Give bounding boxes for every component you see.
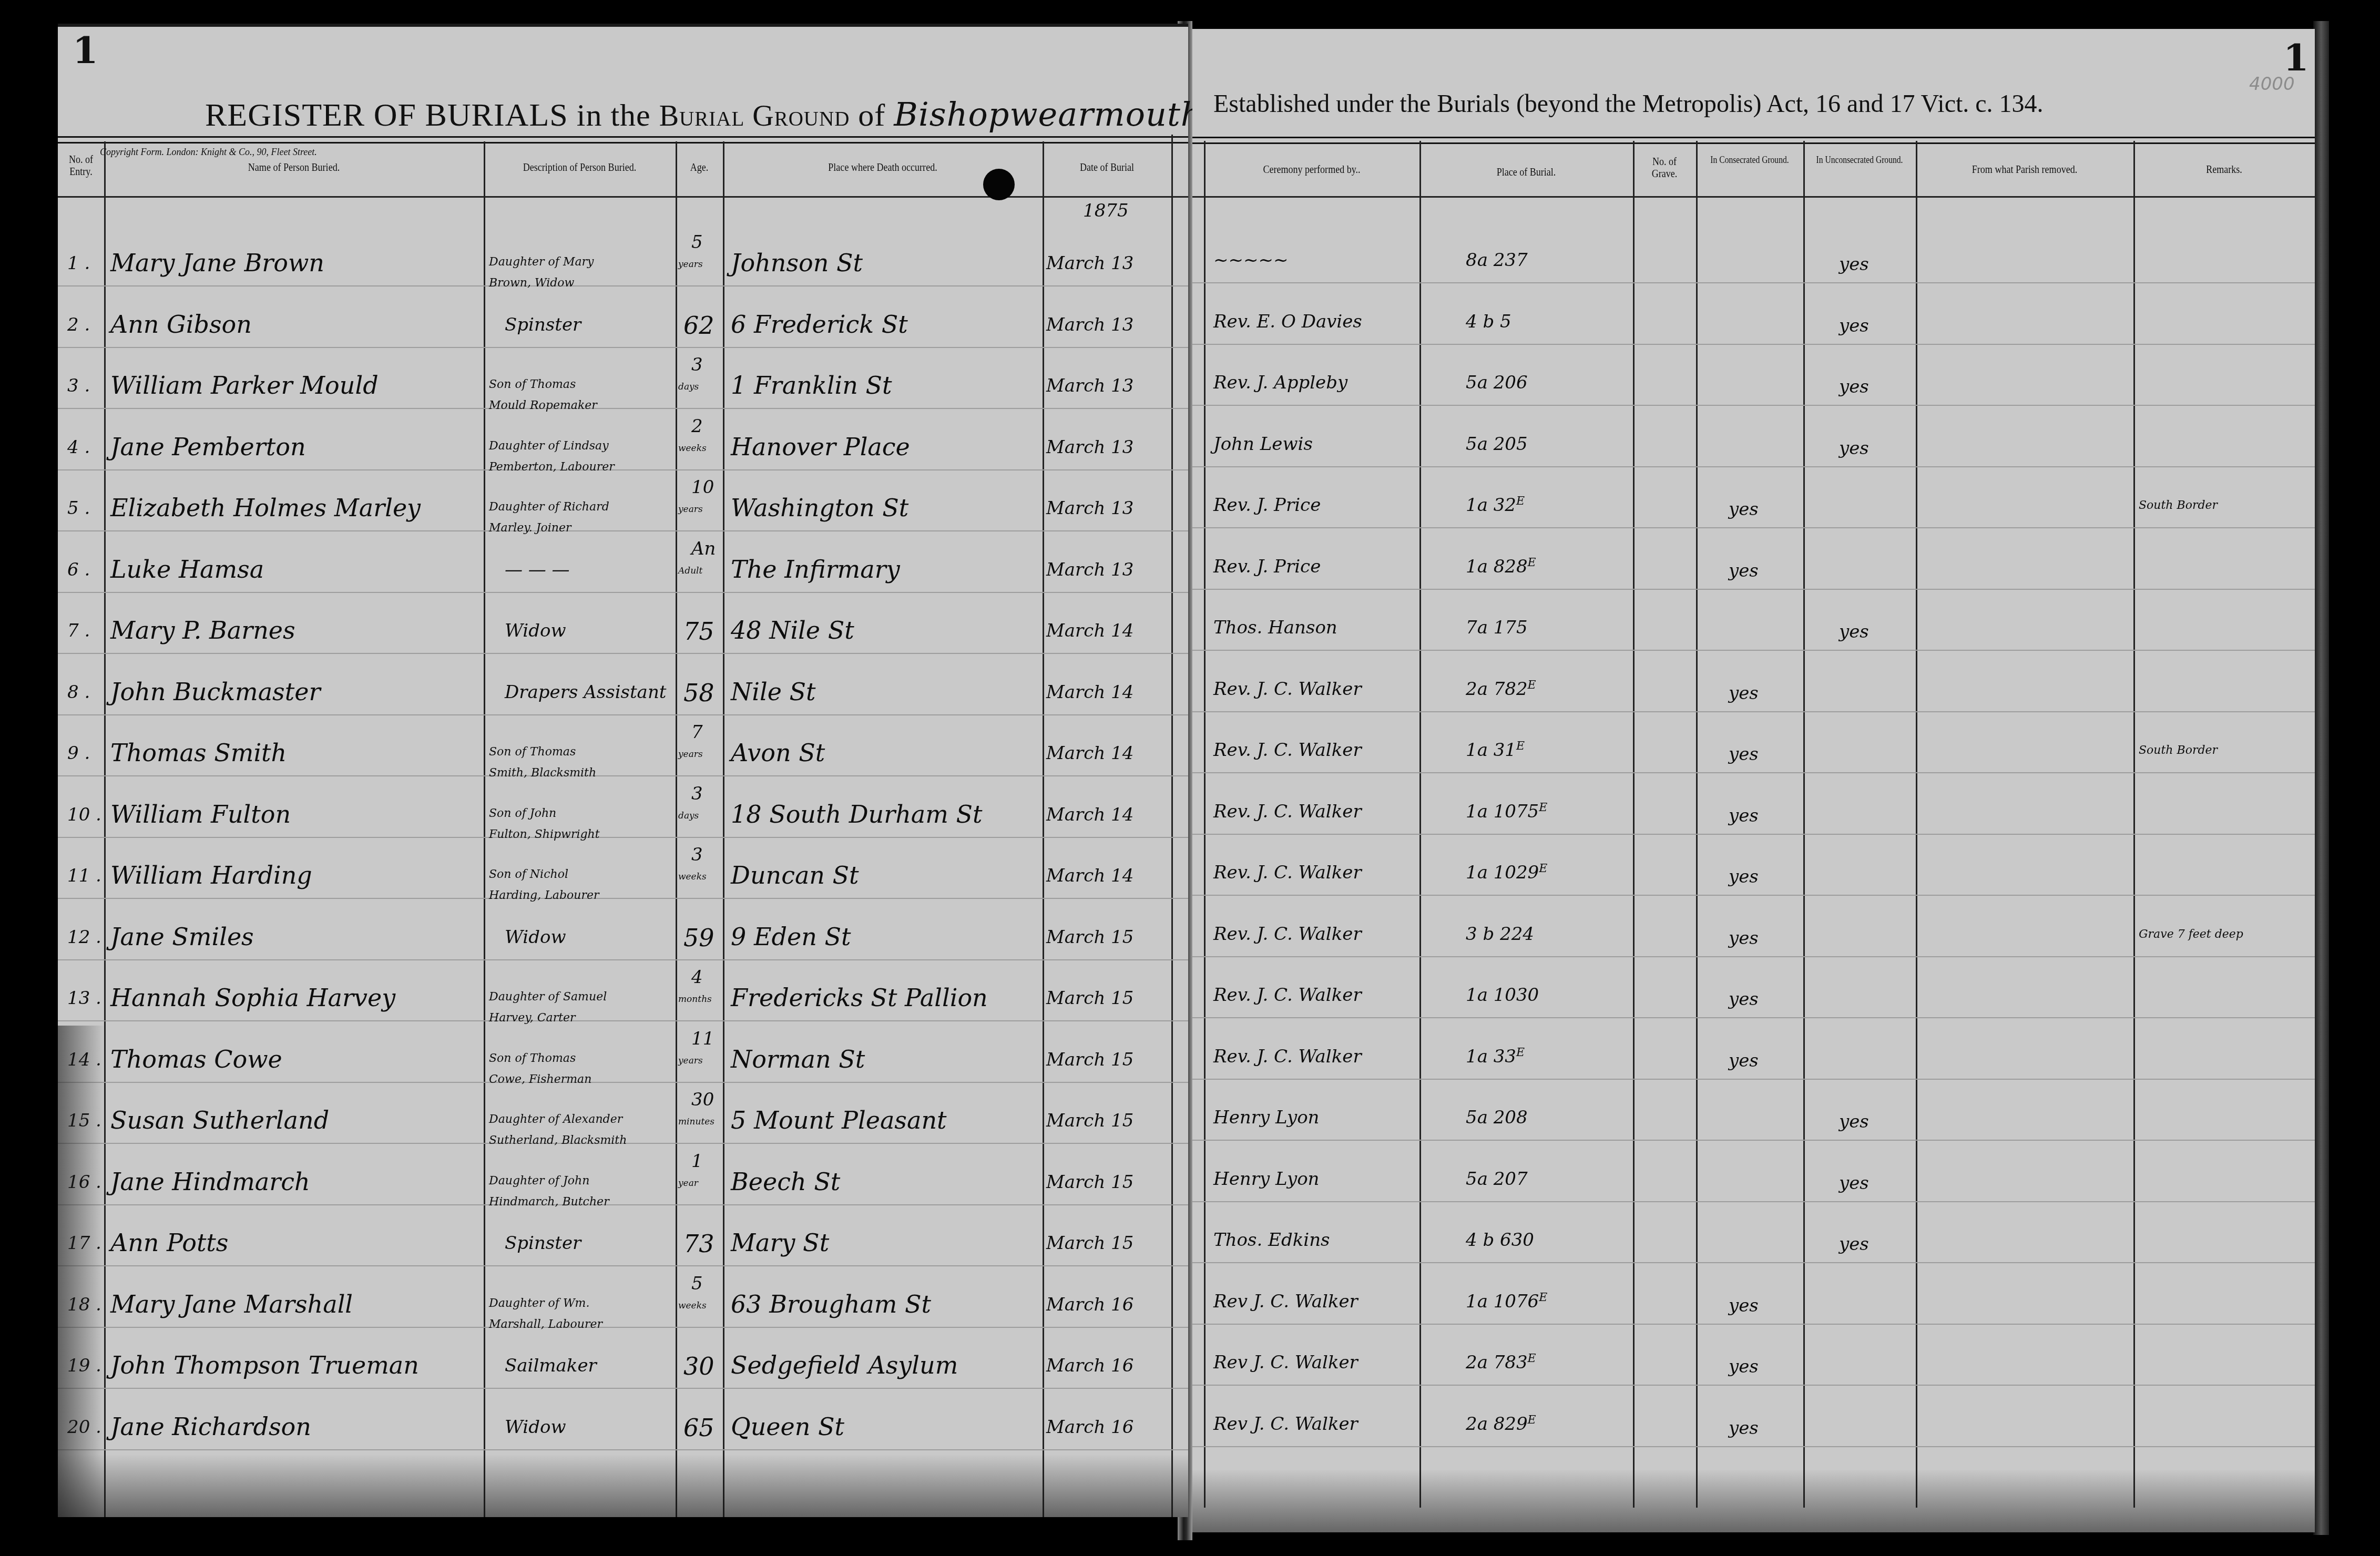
- age-number: 5: [691, 1273, 703, 1294]
- description-line-2: Cowe, Fisherman: [489, 1073, 591, 1086]
- ruled-line: [1192, 344, 2315, 345]
- place-of-burial: 4 b 5: [1466, 311, 1511, 332]
- age-unit: days: [678, 811, 699, 821]
- person-name: Thomas Cowe: [110, 1045, 282, 1073]
- column-divider: [1696, 141, 1698, 1508]
- unconsecrated-ground: yes: [1839, 315, 1869, 336]
- burial-date: March 16: [1046, 1294, 1133, 1315]
- ruled-line: [58, 1449, 1188, 1450]
- unconsecrated-ground: yes: [1839, 1173, 1869, 1194]
- plot-section-marker: E: [1539, 801, 1547, 814]
- burial-date: March 13: [1046, 253, 1133, 274]
- person-name: Jane Richardson: [110, 1412, 311, 1441]
- ceremony-performed-by: Rev J. C. Walker: [1213, 1291, 1358, 1312]
- title-register: REGISTER OF BURIALS: [205, 97, 568, 133]
- description-line-1: Son of Thomas: [489, 1052, 576, 1065]
- place-of-death: Beech St: [731, 1168, 840, 1196]
- ceremony-performed-by: Rev. J. C. Walker: [1213, 924, 1362, 945]
- column-divider: [676, 141, 677, 1517]
- place-of-burial: 1a 1075E: [1466, 801, 1547, 822]
- place-of-burial: 1a 1076E: [1466, 1291, 1547, 1312]
- consecrated-ground: yes: [1729, 928, 1759, 949]
- remarks: South Border: [2139, 744, 2218, 757]
- ruled-line: [1192, 1324, 2315, 1325]
- title-in-the: in the: [577, 98, 651, 132]
- plot-section-marker: E: [1528, 679, 1536, 692]
- unconsecrated-ground: yes: [1839, 1111, 1869, 1132]
- header-ceremony: Ceremony performed by..: [1223, 163, 1400, 175]
- burial-plot: 4 b 630: [1466, 1230, 1534, 1251]
- header-top-rule: [1192, 137, 2315, 144]
- description-line-1: Son of John: [489, 807, 556, 820]
- plot-section-marker: E: [1539, 1291, 1547, 1304]
- ruled-line: [58, 714, 1188, 715]
- plot-section-marker: E: [1516, 740, 1525, 753]
- consecrated-ground: yes: [1729, 989, 1759, 1010]
- place-of-burial: 2a 782E: [1466, 679, 1536, 700]
- remarks: South Border: [2139, 499, 2218, 512]
- person-name: Mary P. Barnes: [110, 616, 295, 644]
- description-line-2: Sutherland, Blacksmith: [489, 1134, 627, 1147]
- description-line-1: Daughter of Lindsay: [489, 439, 609, 453]
- ruled-line: [1192, 956, 2315, 957]
- entry-number: 12 .: [67, 927, 101, 948]
- place-of-death: Avon St: [731, 739, 825, 767]
- entry-number: 8 .: [67, 682, 90, 703]
- plot-section-marker: E: [1528, 1352, 1536, 1365]
- burial-date: March 15: [1046, 1110, 1133, 1131]
- place-of-burial: 1a 31E: [1466, 740, 1525, 761]
- place-of-death: 1 Franklin St: [731, 371, 892, 400]
- description-line-2: Mould Ropemaker: [489, 399, 597, 412]
- description-line-2: Hindmarch, Butcher: [489, 1195, 609, 1209]
- place-of-death: Nile St: [731, 678, 816, 706]
- age-number: 5: [691, 232, 703, 253]
- place-of-burial: 3 b 224: [1466, 924, 1534, 945]
- age-number: 4: [691, 967, 703, 988]
- burial-plot: 1a 31: [1466, 740, 1516, 761]
- ruled-line: [58, 837, 1188, 838]
- ruled-line: [58, 959, 1188, 960]
- person-name: John Thompson Trueman: [110, 1351, 419, 1379]
- consecrated-ground: yes: [1729, 1418, 1759, 1439]
- header-bottom-rule: [1192, 196, 2315, 198]
- description: Widow: [505, 1417, 566, 1438]
- burial-date: March 15: [1046, 1233, 1133, 1254]
- column-divider: [1043, 141, 1044, 1517]
- folio-number-right: 1: [2283, 39, 2309, 76]
- left-page: 1 REGISTER OF BURIALS in the Burial Grou…: [58, 24, 1188, 1517]
- header-grave-no: No. of Grave.: [1639, 155, 1690, 179]
- column-divider: [1916, 141, 1917, 1508]
- age-number: 30: [691, 1089, 714, 1110]
- description-line-1: Daughter of John: [489, 1174, 589, 1188]
- ruled-line: [58, 775, 1188, 776]
- ruled-line: [1192, 1140, 2315, 1141]
- ceremony-performed-by: Rev. J. C. Walker: [1213, 1046, 1362, 1067]
- place-of-death: Sedgefield Asylum: [731, 1351, 958, 1379]
- age-unit: year: [678, 1178, 698, 1189]
- entry-number: 6 .: [67, 559, 90, 580]
- description-line-2: Fulton, Shipwright: [489, 828, 600, 841]
- ruled-line: [1192, 466, 2315, 467]
- age-unit: years: [678, 749, 703, 760]
- place-of-death: Fredericks St Pallion: [731, 984, 988, 1012]
- ceremony-performed-by: John Lewis: [1213, 434, 1313, 455]
- age-number: 59: [683, 924, 714, 952]
- ceremony-performed-by: Rev J. C. Walker: [1213, 1352, 1358, 1373]
- ceremony-performed-by: Rev. J. C. Walker: [1213, 801, 1362, 822]
- ceremony-performed-by: Rev. J. C. Walker: [1213, 862, 1362, 883]
- ruled-line: [1192, 1385, 2315, 1386]
- unconsecrated-ground: yes: [1839, 438, 1869, 459]
- age-number: 7: [691, 722, 703, 743]
- page-shadow: [1192, 1469, 2315, 1532]
- description: Spinster: [505, 314, 581, 335]
- place-of-death: 5 Mount Pleasant: [731, 1106, 947, 1134]
- description-line-1: Daughter of Mary: [489, 255, 594, 269]
- description-line-1: Son of Thomas: [489, 745, 576, 759]
- year-label: 1875: [1083, 200, 1129, 221]
- burial-date: March 15: [1046, 1049, 1133, 1070]
- description-line-2: Harding, Labourer: [489, 889, 599, 902]
- header-unconsecrated: In Unconsecrated Ground.: [1813, 155, 1905, 166]
- age-unit: Adult: [678, 566, 702, 576]
- age-unit: years: [678, 504, 703, 515]
- header-place-burial: Place of Burial.: [1439, 166, 1614, 178]
- ceremony-performed-by: Rev. J. C. Walker: [1213, 740, 1362, 761]
- consecrated-ground: yes: [1729, 1050, 1759, 1071]
- person-name: Ann Potts: [110, 1229, 228, 1257]
- header-bottom-rule: [58, 196, 1188, 198]
- ruled-line: [1192, 650, 2315, 651]
- consecrated-ground: yes: [1729, 1356, 1759, 1377]
- entry-number: 13 .: [67, 988, 101, 1009]
- burial-plot: 1a 1029: [1466, 862, 1539, 883]
- burial-date: March 16: [1046, 1355, 1133, 1376]
- age-unit: years: [678, 1056, 703, 1066]
- ceremony-performed-by: Rev. J. C. Walker: [1213, 679, 1362, 700]
- age-number: 1: [691, 1151, 703, 1172]
- page-shadow: [58, 1454, 1188, 1517]
- ceremony-performed-by: Rev. J. Price: [1213, 495, 1321, 516]
- title-of: of: [858, 98, 885, 132]
- ceremony-performed-by: Henry Lyon: [1213, 1107, 1320, 1128]
- header-date-burial: Date of Burial: [1054, 161, 1160, 173]
- ceremony-performed-by: ~~~~~: [1213, 250, 1288, 271]
- place-of-burial: 2a 783E: [1466, 1352, 1536, 1373]
- title-burial-ground: Burial Ground: [659, 100, 850, 132]
- plot-section-marker: E: [1528, 1414, 1536, 1427]
- ruled-line: [1192, 282, 2315, 283]
- ruled-line: [1192, 1017, 2315, 1018]
- column-divider: [1803, 141, 1805, 1508]
- ruled-line: [1192, 589, 2315, 590]
- place-of-death: Queen St: [731, 1412, 844, 1441]
- header-name: Name of Person Buried.: [138, 161, 450, 173]
- entry-number: 4 .: [67, 437, 90, 458]
- ruled-line: [58, 408, 1188, 409]
- ruled-line: [1192, 711, 2315, 712]
- entry-number: 5 .: [67, 498, 90, 519]
- right-page: 1 4000 Established under the Burials (be…: [1192, 29, 2315, 1532]
- place-of-death: Washington St: [731, 494, 908, 522]
- place-of-death: Mary St: [731, 1229, 829, 1257]
- unconsecrated-ground: yes: [1839, 254, 1869, 275]
- description-line-2: Pemberton, Labourer: [489, 460, 615, 474]
- ceremony-performed-by: Rev. J. C. Walker: [1213, 985, 1362, 1006]
- place-of-burial: 5a 208: [1466, 1107, 1528, 1128]
- consecrated-ground: yes: [1729, 560, 1759, 581]
- age-number: 75: [683, 617, 714, 646]
- ceremony-performed-by: Rev. J. Price: [1213, 556, 1321, 577]
- burial-plot: 1a 1030: [1466, 985, 1539, 1006]
- ruled-line: [58, 1020, 1188, 1021]
- burial-date: March 14: [1046, 804, 1133, 825]
- consecrated-ground: yes: [1729, 805, 1759, 826]
- entry-number: 10 .: [67, 804, 101, 825]
- register-title: REGISTER OF BURIALS in the Burial Ground…: [205, 95, 1202, 134]
- burial-plot: 5a 207: [1466, 1169, 1528, 1190]
- place-of-death: Duncan St: [731, 861, 859, 889]
- burial-date: March 14: [1046, 743, 1133, 764]
- header-entry-no: No. of Entry.: [62, 153, 100, 177]
- burial-plot: 5a 208: [1466, 1107, 1528, 1128]
- ruled-line: [1192, 1079, 2315, 1080]
- age-unit: days: [678, 382, 699, 392]
- ruled-line: [58, 1204, 1188, 1205]
- place-of-death: Hanover Place: [731, 433, 910, 461]
- place-of-death: 63 Brougham St: [731, 1290, 931, 1318]
- header-top-rule: [58, 136, 1188, 144]
- burial-plot: 5a 206: [1466, 372, 1528, 393]
- unconsecrated-ground: yes: [1839, 621, 1869, 642]
- place-of-burial: 4 b 630: [1466, 1230, 1534, 1251]
- burial-plot: 2a 783: [1466, 1352, 1528, 1373]
- age-number: 2: [691, 416, 703, 437]
- age-number: An: [691, 538, 716, 559]
- burial-plot: 1a 33: [1466, 1046, 1516, 1067]
- ruled-line: [58, 898, 1188, 899]
- age-unit: weeks: [678, 1301, 707, 1311]
- remarks: Grave 7 feet deep: [2139, 928, 2243, 941]
- column-divider: [1633, 141, 1635, 1508]
- burial-date: March 14: [1046, 682, 1133, 703]
- burial-plot: 1a 32: [1466, 495, 1516, 516]
- header-parish: From what Parish removed.: [1935, 163, 2113, 175]
- person-name: Luke Hamsa: [110, 555, 264, 583]
- burial-date: March 15: [1046, 988, 1133, 1009]
- person-name: Jane Pemberton: [110, 433, 306, 461]
- burial-plot: 4 b 5: [1466, 311, 1511, 332]
- place-of-burial: 2a 829E: [1466, 1414, 1536, 1435]
- description-line-2: Marley. Joiner: [489, 521, 571, 535]
- person-name: William Parker Mould: [110, 371, 379, 400]
- description-line-1: Daughter of Samuel: [489, 990, 607, 1004]
- place-of-burial: 8a 237: [1466, 250, 1528, 271]
- entry-number: 11 .: [67, 865, 101, 886]
- ruled-line: [1192, 1201, 2315, 1202]
- description-line-2: Harvey, Carter: [489, 1011, 576, 1025]
- burial-plot: 7a 175: [1466, 617, 1528, 638]
- place-of-death: 6 Frederick St: [731, 310, 908, 339]
- description-line-2: Brown, Widow: [489, 277, 574, 290]
- column-divider: [2133, 141, 2135, 1508]
- burial-date: March 13: [1046, 437, 1133, 458]
- burial-date: March 13: [1046, 498, 1133, 519]
- ruled-line: [58, 469, 1188, 470]
- unconsecrated-ground: yes: [1839, 376, 1869, 397]
- ink-blot: [983, 169, 1015, 200]
- entry-number: 9 .: [67, 743, 90, 764]
- ruled-line: [58, 1388, 1188, 1389]
- burial-date: March 14: [1046, 865, 1133, 886]
- entry-number: 1 .: [67, 253, 90, 274]
- consecrated-ground: yes: [1729, 866, 1759, 887]
- copyright-notice: Copyright Form. London: Knight & Co., 90…: [100, 147, 317, 158]
- age-unit: weeks: [678, 872, 707, 882]
- ruled-line: [1192, 772, 2315, 773]
- age-number: 30: [683, 1352, 714, 1380]
- age-unit: weeks: [678, 443, 707, 454]
- pencil-annotation: 4000: [2249, 74, 2295, 95]
- description-line-2: Smith, Blacksmith: [489, 766, 596, 780]
- header-consecrated: In Consecrated Ground.: [1705, 155, 1793, 166]
- ceremony-performed-by: Henry Lyon: [1213, 1169, 1320, 1190]
- ruled-line: [1192, 1446, 2315, 1447]
- burial-date: March 13: [1046, 314, 1133, 335]
- plot-section-marker: E: [1528, 556, 1536, 569]
- column-divider: [1171, 135, 1173, 1517]
- description: Widow: [505, 927, 566, 948]
- age-unit: minutes: [678, 1117, 714, 1127]
- header-place-death: Place where Death occurred.: [752, 161, 1014, 173]
- age-number: 65: [683, 1414, 714, 1442]
- ruled-line: [1192, 527, 2315, 528]
- ruled-line: [58, 530, 1188, 531]
- place-of-death: 48 Nile St: [731, 616, 854, 644]
- burial-date: March 13: [1046, 375, 1133, 396]
- burial-plot: 1a 1075: [1466, 801, 1539, 822]
- description: — — —: [505, 559, 570, 580]
- plot-section-marker: E: [1516, 495, 1525, 508]
- ceremony-performed-by: Rev. E. O Davies: [1213, 311, 1362, 332]
- person-name: Ann Gibson: [110, 310, 252, 339]
- age-number: 3: [691, 783, 703, 804]
- entry-number: 7 .: [67, 620, 90, 641]
- burial-date: March 13: [1046, 559, 1133, 580]
- consecrated-ground: yes: [1729, 499, 1759, 520]
- place-of-death: 18 South Durham St: [731, 800, 983, 828]
- burial-date: March 14: [1046, 620, 1133, 641]
- burial-plot: 3 b 224: [1466, 924, 1534, 945]
- person-name: Elizabeth Holmes Marley: [110, 494, 421, 522]
- entry-number: 2 .: [67, 314, 90, 335]
- person-name: Jane Hindmarch: [110, 1168, 310, 1196]
- age-unit: months: [678, 994, 712, 1005]
- ceremony-performed-by: Thos. Edkins: [1213, 1230, 1330, 1251]
- place-of-burial: 1a 33E: [1466, 1046, 1525, 1067]
- burial-date: March 15: [1046, 1172, 1133, 1193]
- description-line-2: Marshall, Labourer: [489, 1318, 602, 1331]
- ruled-line: [1192, 834, 2315, 835]
- person-name: Mary Jane Marshall: [110, 1290, 353, 1318]
- age-number: 58: [683, 679, 714, 707]
- ceremony-performed-by: Rev. J. Appleby: [1213, 372, 1347, 393]
- burial-plot: 5a 205: [1466, 434, 1528, 455]
- place-of-burial: 5a 205: [1466, 434, 1528, 455]
- parish-name: Bishopwearmouth: [894, 95, 1202, 134]
- burial-plot: 1a 828: [1466, 556, 1528, 577]
- description-line-1: Son of Thomas: [489, 378, 576, 391]
- consecrated-ground: yes: [1729, 744, 1759, 765]
- description: Sailmaker: [505, 1355, 597, 1376]
- plot-section-marker: E: [1539, 862, 1547, 875]
- person-name: Jane Smiles: [110, 923, 254, 951]
- description-line-1: Daughter of Richard: [489, 500, 609, 514]
- person-name: Hannah Sophia Harvey: [110, 984, 395, 1012]
- place-of-burial: 5a 206: [1466, 372, 1528, 393]
- ceremony-performed-by: Thos. Hanson: [1213, 617, 1337, 638]
- burial-date: March 15: [1046, 927, 1133, 948]
- description: Widow: [505, 620, 566, 641]
- column-divider: [484, 141, 485, 1517]
- place-of-death: The Infirmary: [731, 555, 900, 583]
- description: Drapers Assistant: [505, 682, 666, 703]
- ruled-line: [58, 1082, 1188, 1083]
- burial-plot: 8a 237: [1466, 250, 1528, 271]
- description-line-1: Daughter of Wm.: [489, 1297, 589, 1310]
- ruled-line: [58, 1327, 1188, 1328]
- person-name: William Fulton: [110, 800, 291, 828]
- age-number: 10: [691, 477, 714, 498]
- header-description: Description of Person Buried.: [501, 161, 658, 173]
- age-number: 3: [691, 354, 703, 375]
- column-divider: [1419, 141, 1421, 1508]
- age-number: 3: [691, 844, 703, 865]
- folio-number-left: 1: [73, 32, 98, 69]
- burial-plot: 2a 829: [1466, 1414, 1528, 1435]
- place-of-death: 9 Eden St: [731, 923, 851, 951]
- column-divider: [723, 141, 724, 1517]
- description-line-1: Son of Nichol: [489, 868, 568, 881]
- description: Spinster: [505, 1233, 581, 1254]
- place-of-burial: 1a 1030: [1466, 985, 1539, 1006]
- place-of-burial: 7a 175: [1466, 617, 1528, 638]
- consecrated-ground: yes: [1729, 683, 1759, 704]
- person-name: William Harding: [110, 861, 312, 889]
- header-age: Age.: [680, 161, 719, 173]
- person-name: Thomas Smith: [110, 739, 287, 767]
- place-of-burial: 1a 1029E: [1466, 862, 1547, 883]
- unconsecrated-ground: yes: [1839, 1234, 1869, 1255]
- person-name: Mary Jane Brown: [110, 249, 324, 277]
- place-of-burial: 1a 32E: [1466, 495, 1525, 516]
- ruled-line: [58, 285, 1188, 286]
- page-shadow: [58, 1026, 105, 1517]
- age-number: 73: [683, 1230, 714, 1258]
- ruled-line: [58, 592, 1188, 593]
- ruled-line: [58, 347, 1188, 348]
- header-remarks: Remarks.: [2150, 163, 2299, 175]
- burial-plot: 2a 782: [1466, 679, 1528, 700]
- place-of-death: Johnson St: [731, 249, 863, 277]
- burial-plot: 1a 1076: [1466, 1291, 1539, 1312]
- act-statement: Established under the Burials (beyond th…: [1213, 89, 2044, 118]
- ceremony-performed-by: Rev J. C. Walker: [1213, 1414, 1358, 1435]
- ruled-line: [1192, 1262, 2315, 1263]
- place-of-death: Norman St: [731, 1045, 865, 1073]
